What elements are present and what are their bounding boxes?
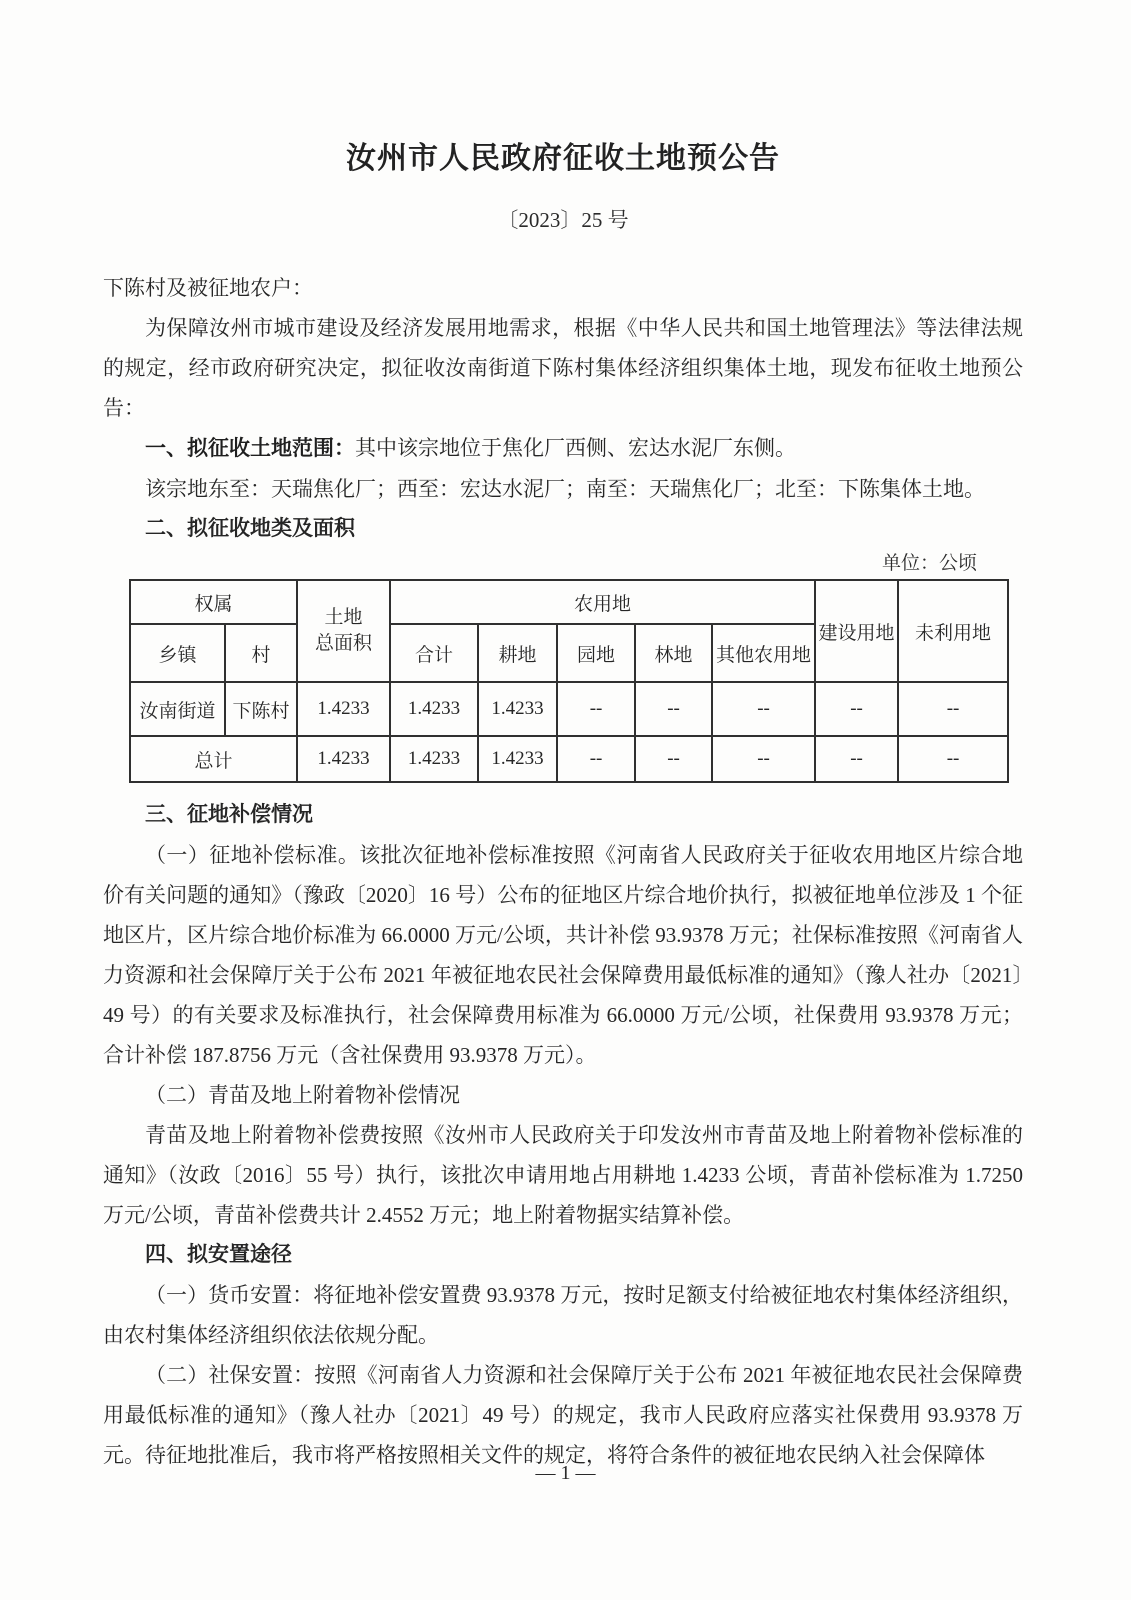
th-land-total-line2: 总面积	[315, 633, 372, 654]
table-unit-note: 单位：公顷	[103, 549, 1023, 579]
td-forest: --	[635, 682, 712, 736]
td-total-total-area: 1.4233	[297, 736, 390, 782]
td-total-construction: --	[815, 736, 898, 782]
land-area-table: 权属 土地总面积 农用地 建设用地 未利用地 乡镇 村 合计 耕地 园地 林地 …	[129, 579, 1009, 783]
page-number: — 1 —	[0, 1462, 1131, 1485]
document-title: 汝州市人民政府征收土地预公告	[103, 138, 1023, 180]
td-total-garden: --	[557, 736, 635, 782]
section3-seedling-heading: （二）青苗及地上附着物补偿情况	[103, 1075, 1023, 1115]
td-total-label: 总计	[130, 736, 297, 782]
section2-heading: 二、拟征收地类及面积	[103, 509, 1023, 549]
section3-heading: 三、征地补偿情况	[103, 795, 1023, 835]
section3-seedling-paragraph: 青苗及地上附着物补偿费按照《汝州市人民政府关于印发汝州市青苗及地上附着物补偿标准…	[103, 1115, 1023, 1235]
th-land-total-line1: 土地	[325, 607, 363, 628]
section4-social-paragraph: （二）社保安置：按照《河南省人力资源和社会保障厅关于公布 2021 年被征地农民…	[103, 1355, 1023, 1475]
document-content: 汝州市人民政府征收土地预公告 〔2023〕25 号 下陈村及被征地农户： 为保障…	[0, 0, 1131, 1475]
td-total-cultivated: 1.4233	[478, 736, 557, 782]
th-cultivated-land: 耕地	[478, 624, 557, 682]
table-header-row-1: 权属 土地总面积 农用地 建设用地 未利用地	[130, 580, 1008, 624]
td-unused: --	[898, 682, 1008, 736]
td-total-other-agricultural: --	[712, 736, 815, 782]
td-village: 下陈村	[225, 682, 297, 736]
td-garden: --	[557, 682, 635, 736]
section1-heading-tail: 其中该宗地位于焦化厂西侧、宏达水泥厂东侧。	[355, 436, 796, 460]
document-page: 汝州市人民政府征收土地预公告 〔2023〕25 号 下陈村及被征地农户： 为保障…	[0, 0, 1131, 1600]
td-cultivated: 1.4233	[478, 682, 557, 736]
td-subtotal: 1.4233	[390, 682, 478, 736]
salutation: 下陈村及被征地农户：	[103, 268, 1023, 308]
td-total-subtotal: 1.4233	[390, 736, 478, 782]
document-body: 下陈村及被征地农户： 为保障汝州市城市建设及经济发展用地需求，根据《中华人民共和…	[103, 268, 1023, 1475]
section1-heading-line: 一、拟征收土地范围：其中该宗地位于焦化厂西侧、宏达水泥厂东侧。	[103, 428, 1023, 469]
document-number: 〔2023〕25 号	[103, 206, 1023, 234]
td-other-agricultural: --	[712, 682, 815, 736]
td-total-forest: --	[635, 736, 712, 782]
th-land-total-area: 土地总面积	[297, 580, 390, 682]
th-construction-land: 建设用地	[815, 580, 898, 682]
th-subtotal: 合计	[390, 624, 478, 682]
th-ownership: 权属	[130, 580, 297, 624]
table-total-row: 总计 1.4233 1.4233 1.4233 -- -- -- -- --	[130, 736, 1008, 782]
th-township: 乡镇	[130, 624, 225, 682]
section1-boundary: 该宗地东至：天瑞焦化厂；西至：宏达水泥厂；南至：天瑞焦化厂；北至：下陈集体土地。	[103, 469, 1023, 509]
td-total-unused: --	[898, 736, 1008, 782]
th-other-agricultural: 其他农用地	[712, 624, 815, 682]
section1-heading: 一、拟征收土地范围：	[145, 437, 355, 460]
th-forest-land: 林地	[635, 624, 712, 682]
section3-compensation-paragraph: （一）征地补偿标准。该批次征地补偿标准按照《河南省人民政府关于征收农用地区片综合…	[103, 835, 1023, 1075]
th-garden-land: 园地	[557, 624, 635, 682]
section4-heading: 四、拟安置途径	[103, 1235, 1023, 1275]
intro-paragraph: 为保障汝州市城市建设及经济发展用地需求，根据《中华人民共和国土地管理法》等法律法…	[103, 308, 1023, 428]
table-data-row: 汝南街道 下陈村 1.4233 1.4233 1.4233 -- -- -- -…	[130, 682, 1008, 736]
th-agricultural-land: 农用地	[390, 580, 815, 624]
th-unused-land: 未利用地	[898, 580, 1008, 682]
section4-monetary-paragraph: （一）货币安置：将征地补偿安置费 93.9378 万元，按时足额支付给被征地农村…	[103, 1275, 1023, 1355]
th-village: 村	[225, 624, 297, 682]
td-township: 汝南街道	[130, 682, 225, 736]
td-construction: --	[815, 682, 898, 736]
td-total-area: 1.4233	[297, 682, 390, 736]
